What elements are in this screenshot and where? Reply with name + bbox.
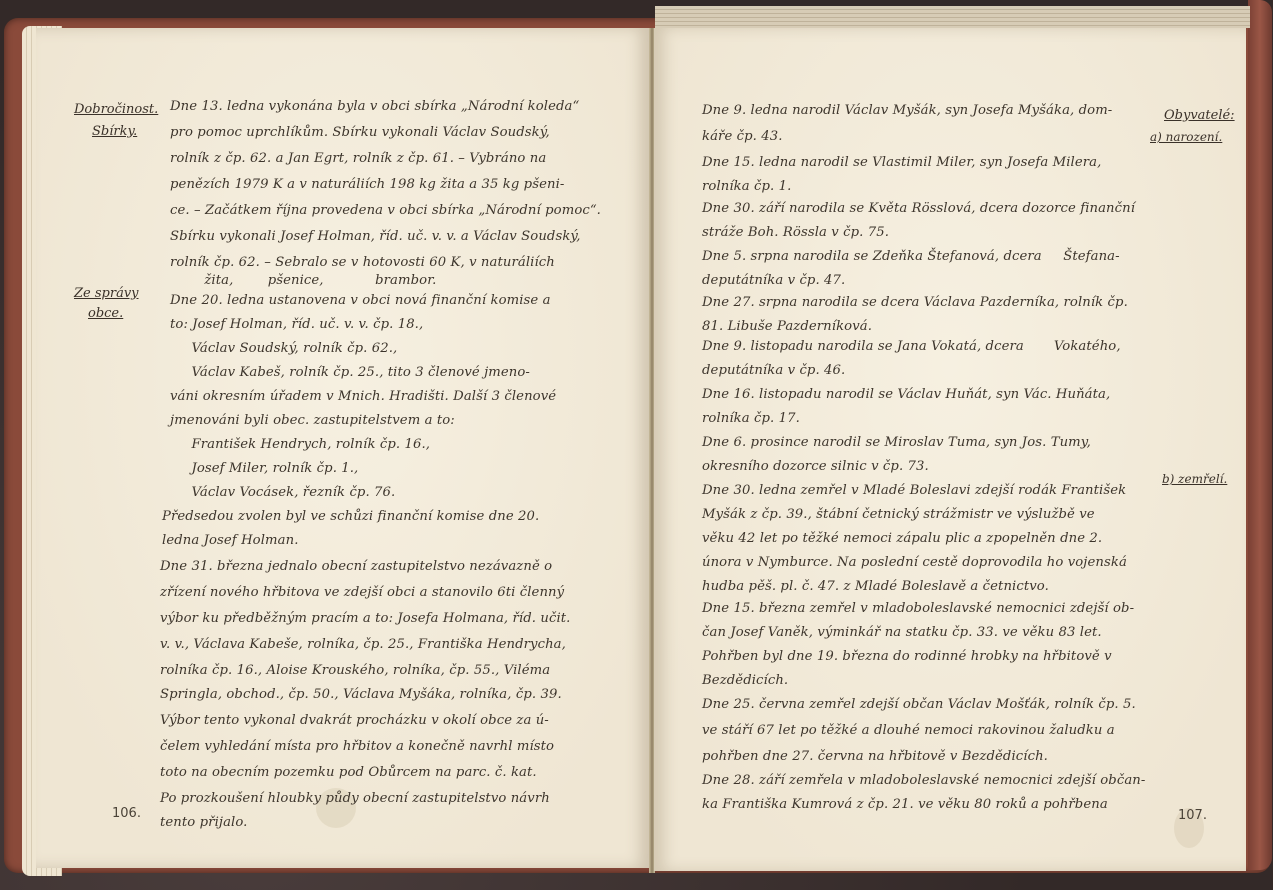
margin-note-inhabitants: Obyvatelé: — [1164, 108, 1235, 123]
margin-note-deaths: b) zemřelí. — [1162, 472, 1227, 486]
text-line: Dne 27. srpna narodila se dcera Václava … — [702, 290, 1128, 316]
text-line: Dne 9. ledna narodil Václav Myšák, syn J… — [702, 98, 1112, 124]
page-number-right: 107. — [1178, 808, 1207, 823]
margin-note-charity-sub: Sbírky. — [92, 124, 137, 139]
text-line: Dne 15. ledna narodil se Vlastimil Miler… — [702, 150, 1101, 176]
text-line: února v Nymburce. Na poslední cestě dopr… — [702, 550, 1127, 576]
text-line: Dne 16. listopadu narodil se Václav Huňá… — [702, 382, 1110, 408]
text-line: Dne 15. března zemřel v mladoboleslavské… — [702, 596, 1134, 622]
text-line: čan Josef Vaněk, výminkář na statku čp. … — [702, 620, 1102, 646]
margin-note-municipal-sub: obce. — [88, 306, 123, 321]
text-line: Dne 30. září narodila se Květa Rösslová,… — [702, 196, 1135, 222]
text-line: Výbor tento vykonal dvakrát procházku v … — [160, 708, 549, 734]
text-line: rolníka čp. 16., Aloise Krouského, rolní… — [160, 658, 550, 684]
text-line: Dne 28. září zemřela v mladoboleslavské … — [702, 768, 1145, 794]
text-line: to: Josef Holman, říd. uč. v. v. čp. 18.… — [170, 312, 423, 338]
page-stack-top — [655, 6, 1250, 28]
text-line: Dne 13. ledna vykonána byla v obci sbírk… — [170, 94, 579, 120]
text-line: Dne 9. listopadu narodila se Jana Vokatá… — [702, 334, 1121, 360]
text-line: ve stáří 67 let po těžké a dlouhé nemoci… — [702, 718, 1115, 744]
margin-note-municipal: Ze správy — [74, 286, 139, 301]
text-line: rolník z čp. 62. a Jan Egrt, rolník z čp… — [170, 146, 546, 172]
text-line: ledna Josef Holman. — [162, 528, 299, 554]
text-line: Sbírku vykonali Josef Holman, říd. uč. v… — [170, 224, 581, 250]
text-line: Dne 20. ledna ustanovena v obci nová fin… — [170, 288, 551, 314]
text-line: penězích 1979 K a v naturáliích 198 kg ž… — [170, 172, 564, 198]
text-line: rolníka čp. 17. — [702, 406, 800, 432]
text-line: Dne 25. června zemřel zdejší občan Václa… — [702, 692, 1136, 718]
page-number-left: 106. — [112, 806, 141, 821]
text-line: pohřben dne 27. června na hřbitově v Bez… — [702, 744, 1048, 770]
left-page: Dobročinost. Sbírky. Ze správy obce. Dne… — [36, 28, 650, 868]
text-line: ka Františka Kumrová z čp. 21. ve věku 8… — [702, 792, 1108, 818]
book-cover-edge — [1248, 0, 1272, 870]
text-line: pro pomoc uprchlíkům. Sbírku vykonali Vá… — [170, 120, 550, 146]
text-line: ce. – Začátkem října provedena v obci sb… — [170, 198, 601, 224]
text-line: Po prozkoušení hloubky půdy obecní zastu… — [160, 786, 550, 812]
text-line: zřízení nového hřbitova ve zdejší obci a… — [160, 580, 564, 606]
right-page: Obyvatelé: a) narození. b) zemřelí. Dne … — [654, 28, 1246, 871]
margin-note-births: a) narození. — [1150, 130, 1222, 144]
text-line: váni okresním úřadem v Mnich. Hradišti. … — [170, 384, 556, 410]
text-line: tento přijalo. — [160, 810, 247, 836]
text-line: Václav Kabeš, rolník čp. 25., tito 3 čle… — [170, 360, 530, 386]
text-line: věku 42 let po těžké nemoci zápalu plic … — [702, 526, 1102, 552]
margin-note-charity: Dobročinost. — [74, 102, 158, 117]
text-line: čelem vyhledání místa pro hřbitov a kone… — [160, 734, 554, 760]
text-line: v. v., Václava Kabeše, rolníka, čp. 25.,… — [160, 632, 566, 658]
text-line: Dne 6. prosince narodil se Miroslav Tuma… — [702, 430, 1091, 456]
text-line: Dne 31. března jednalo obecní zastupitel… — [160, 554, 552, 580]
text-line: Václav Vocásek, řezník čp. 76. — [170, 480, 395, 506]
text-line: okresního dozorce silnic v čp. 73. — [702, 454, 929, 480]
text-line: Předsedou zvolen byl ve schůzi finanční … — [162, 504, 539, 530]
text-line: Bezdědicích. — [702, 668, 788, 694]
text-line: stráže Boh. Rössla v čp. 75. — [702, 220, 889, 246]
text-line: Josef Miler, rolník čp. 1., — [170, 456, 358, 482]
text-line: deputátníka v čp. 46. — [702, 358, 845, 384]
text-line: Pohřben byl dne 19. března do rodinné hr… — [702, 644, 1112, 670]
text-line: výbor ku předběžným pracím a to: Josefa … — [160, 606, 570, 632]
text-line: jmenováni byli obec. zastupitelstvem a t… — [170, 408, 455, 434]
text-line: Václav Soudský, rolník čp. 62., — [170, 336, 397, 362]
text-line: káře čp. 43. — [702, 124, 783, 150]
text-line: Myšák z čp. 39., štábní četnický strážmi… — [702, 502, 1095, 528]
text-line: toto na obecním pozemku pod Obůrcem na p… — [160, 760, 537, 786]
text-line: Dne 5. srpna narodila se Zdeňka Štefanov… — [702, 244, 1120, 270]
text-line: Springla, obchod., čp. 50., Václava Myšá… — [160, 682, 562, 708]
text-line: Dne 30. ledna zemřel v Mladé Boleslavi z… — [702, 478, 1126, 504]
text-line: František Hendrych, rolník čp. 16., — [170, 432, 430, 458]
